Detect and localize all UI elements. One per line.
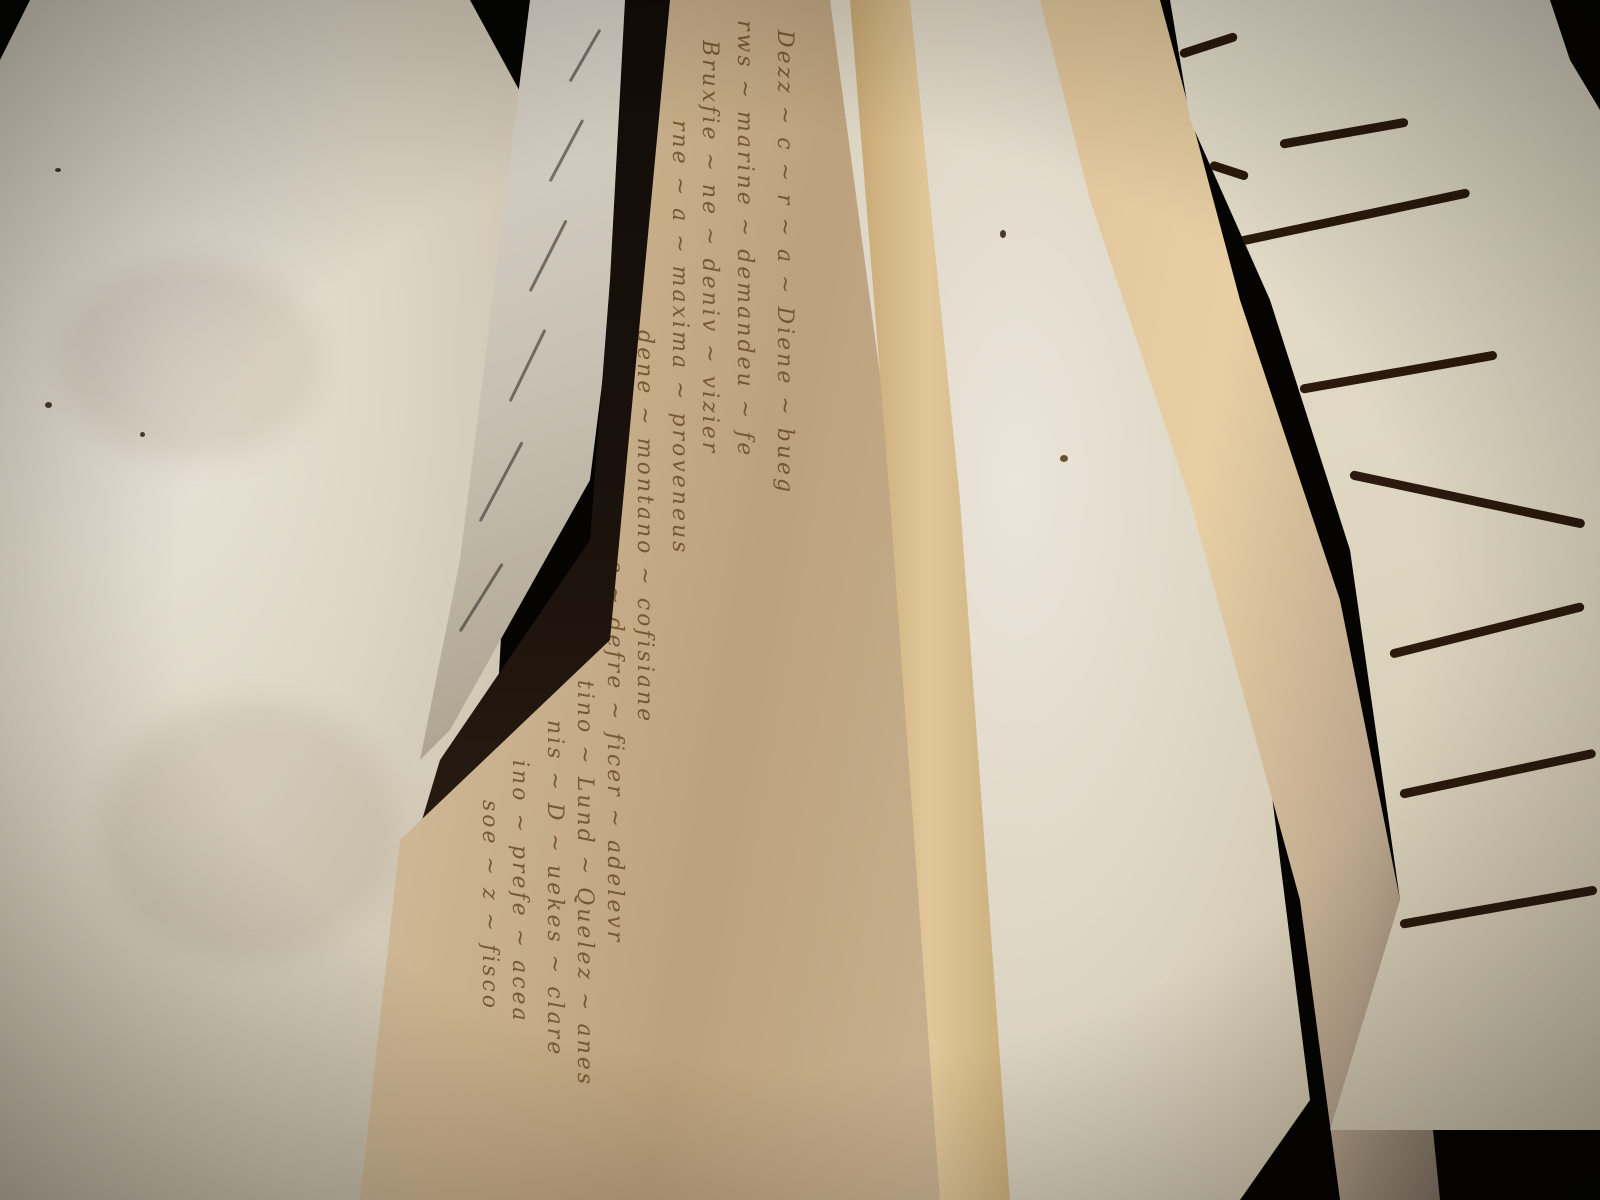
ink-stroke	[1399, 749, 1597, 799]
ink-stroke	[1299, 350, 1498, 394]
ink-stroke	[1179, 32, 1239, 59]
script-line: Dezz ~ c ~ r ~ a ~ Diene ~ bueg	[775, 30, 797, 495]
ink-stroke	[1349, 470, 1586, 529]
script-line: rws ~ marine ~ demandeu ~ fe	[735, 20, 757, 458]
ink-speck	[1060, 455, 1068, 462]
script-line: nis ~ D ~ uekes ~ clare	[545, 720, 567, 1057]
manuscript-photo: Dezz ~ c ~ r ~ a ~ Diene ~ bueg rws ~ ma…	[0, 0, 1600, 1200]
ink-stroke	[1224, 188, 1470, 249]
script-line: rne ~ a ~ maxima ~ proveneus	[670, 120, 692, 555]
script-line: Bruxfie ~ ne ~ deniv ~ vizier	[700, 40, 722, 455]
ink-stroke	[1279, 117, 1409, 148]
faint-script	[529, 220, 568, 293]
faint-script	[459, 563, 504, 632]
ink-speck	[1000, 230, 1006, 238]
faint-script	[479, 441, 524, 522]
script-line: ino ~ prefe ~ acea	[510, 760, 532, 1024]
paper-stain	[60, 260, 320, 460]
ink-stroke	[1389, 602, 1585, 659]
script-line: dene ~ montano ~ cofisiane	[635, 330, 657, 724]
faint-script	[549, 119, 585, 182]
ink-speck	[140, 432, 145, 437]
script-line: soe ~ z ~ fisco	[480, 800, 502, 1011]
ink-stroke	[1209, 160, 1250, 181]
faint-script	[509, 329, 547, 402]
ink-stroke	[1399, 885, 1598, 929]
paper-stain	[100, 700, 400, 960]
script-line: tino ~ Lund ~ Quelez ~ anes	[575, 680, 597, 1087]
ink-speck	[45, 402, 52, 408]
faint-script	[569, 29, 602, 82]
ink-speck	[55, 168, 61, 172]
